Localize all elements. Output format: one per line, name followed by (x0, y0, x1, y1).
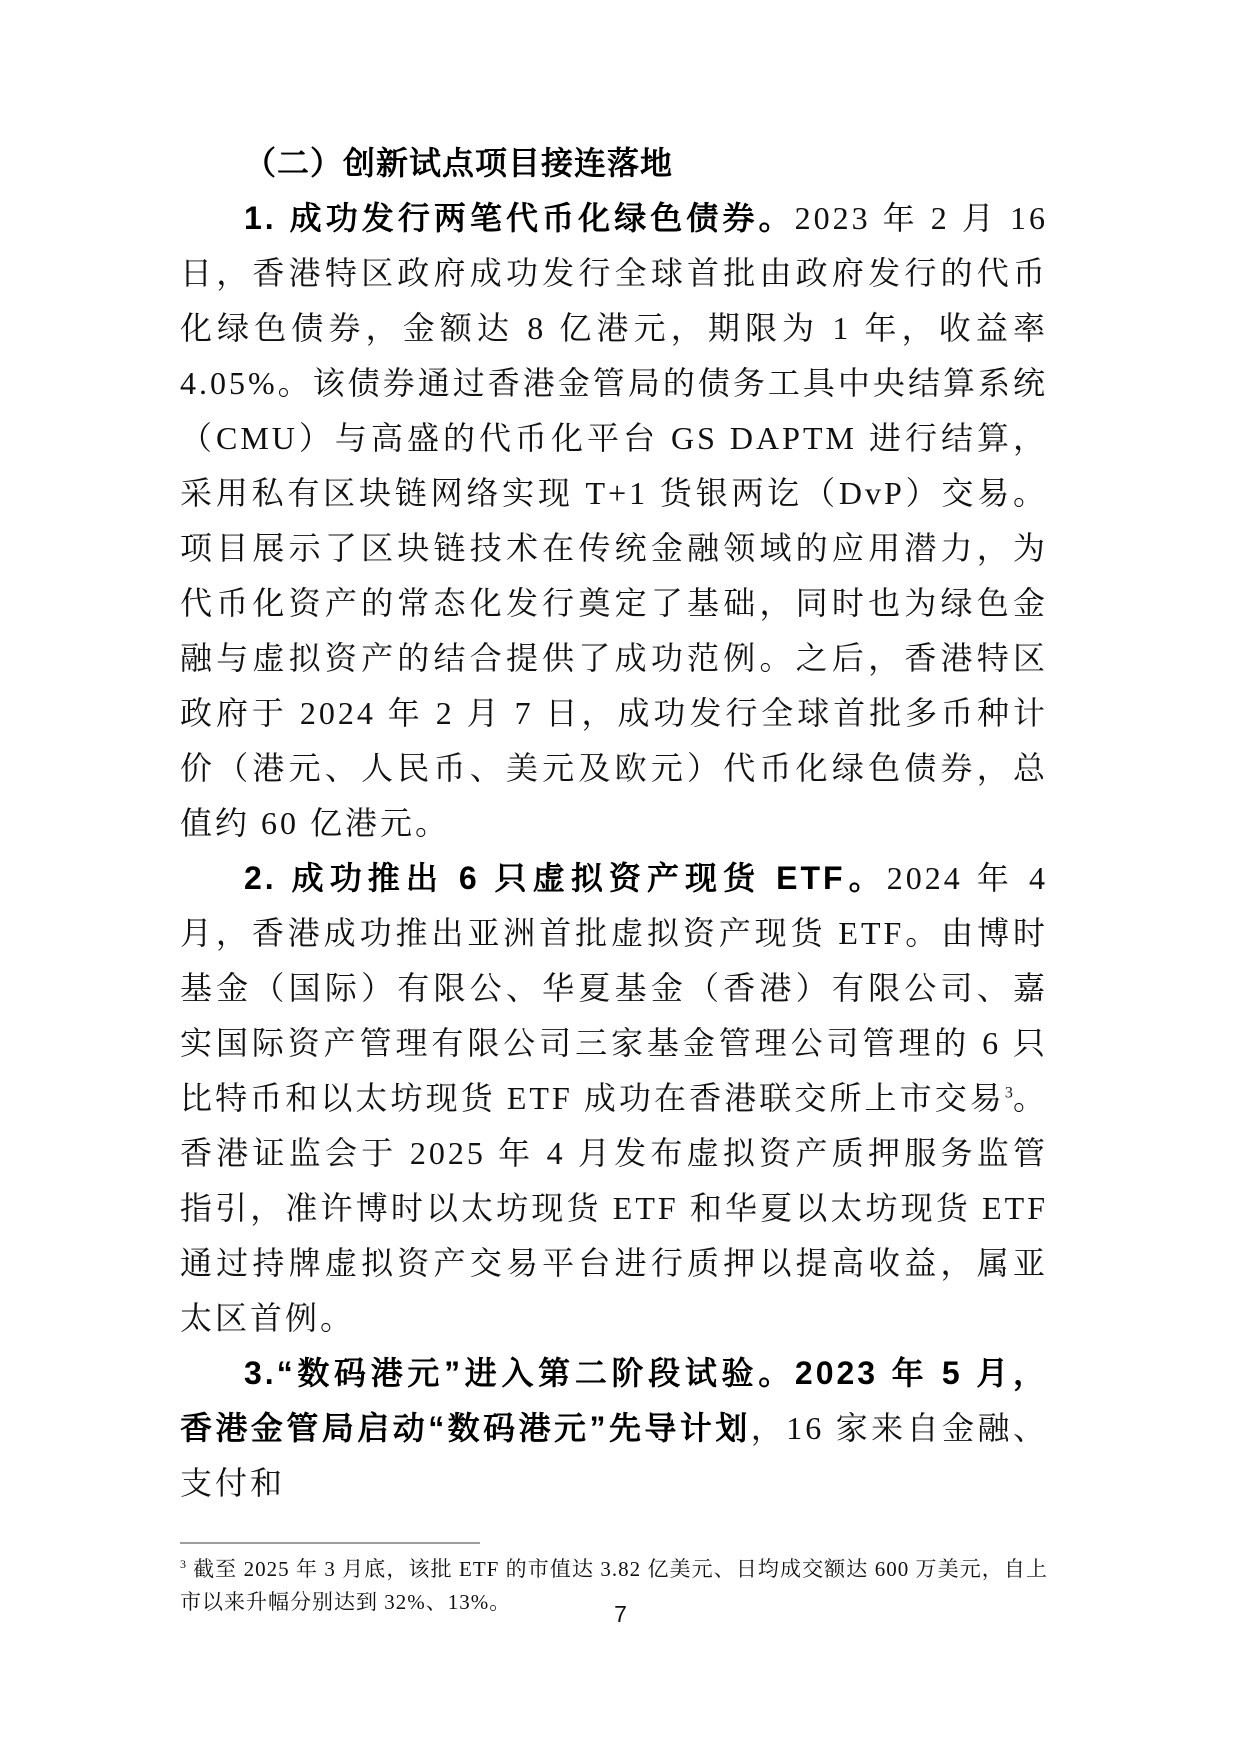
text-run: 2024 年 4 月，香港成功推出亚洲首批虚拟资产现货 ETF。由博时基金（国际… (180, 860, 1048, 1116)
body-paragraph: 3.“数码港元”进入第二阶段试验。2023 年 5 月，香港金管局启动“数码港元… (180, 1346, 1048, 1511)
body-paragraph: 2. 成功推出 6 只虚拟资产现货 ETF。2024 年 4 月，香港成功推出亚… (180, 851, 1048, 1346)
footnote-separator (180, 1542, 480, 1544)
body-paragraph: 1. 成功发行两笔代币化绿色债券。2023 年 2 月 16 日，香港特区政府成… (180, 191, 1048, 851)
text-run: 2023 年 2 月 16 日，香港特区政府成功发行全球首批由政府发行的代币化绿… (180, 200, 1048, 841)
page-number: 7 (0, 1600, 1241, 1628)
text-run: 。香港证监会于 2025 年 4 月发布虚拟资产质押服务监管指引，准许博时以太坊… (180, 1080, 1048, 1336)
emphasis-run: 1. 成功发行两笔代币化绿色债券。 (244, 200, 795, 236)
document-content: （二）创新试点项目接连落地 1. 成功发行两笔代币化绿色债券。2023 年 2 … (180, 136, 1048, 1511)
emphasis-run: 2. 成功推出 6 只虚拟资产现货 ETF。 (244, 860, 887, 896)
footnote-marker: 3 (180, 1557, 187, 1571)
footnote-reference: 3 (1005, 1084, 1013, 1101)
paragraphs: 1. 成功发行两笔代币化绿色债券。2023 年 2 月 16 日，香港特区政府成… (180, 191, 1048, 1511)
section-heading: （二）创新试点项目接连落地 (180, 136, 1048, 191)
document-page: （二）创新试点项目接连落地 1. 成功发行两笔代币化绿色债券。2023 年 2 … (0, 0, 1241, 1754)
